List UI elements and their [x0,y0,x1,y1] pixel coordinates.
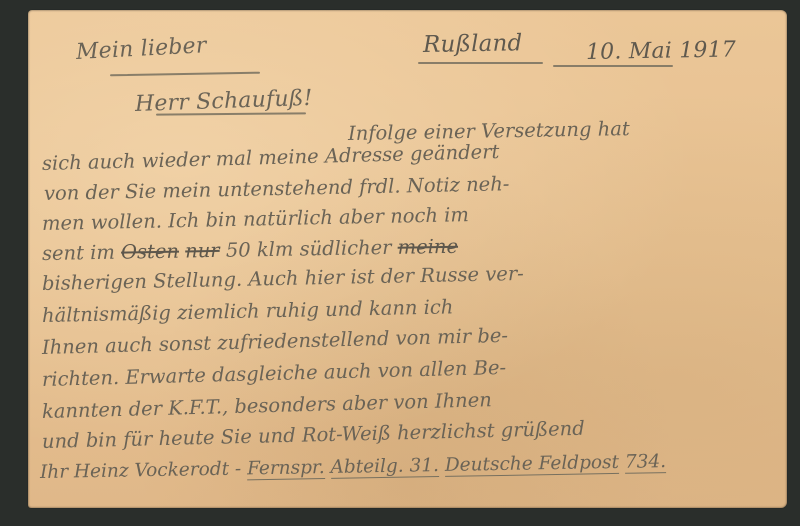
struck-word-meine: meine [397,235,458,259]
body-line-10: kannten der K.F.T., besonders aber von I… [42,388,492,423]
date-underline [553,65,673,67]
signature-unit-2: Abteilg. 31. [330,455,439,479]
body-line-3: von der Sie mein untenstehend frdl. Noti… [44,172,510,205]
body-line-8: Ihnen auch sonst zufriedenstellend von m… [42,324,509,359]
body-line-2-text: sich auch wieder mal meine Adresse geänd… [42,140,500,175]
body-line-9: richten. Erwarte dasgleiche auch von all… [42,356,507,391]
body-line-8-text: Ihnen auch sonst zufriedenstellend von m… [42,324,509,359]
signature-feldpost-number: 734. [625,451,667,474]
body-line-6-text: bisherigen Stellung. Auch hier ist der R… [42,262,524,295]
signature-name: Ihr Heinz Vockerodt [40,459,229,483]
body-line-2: sich auch wieder mal meine Adresse geänd… [42,140,500,175]
body-line-5-prefix: sent im [42,241,115,265]
body-line-5-after: 50 klm südlicher [226,236,392,262]
body-line-6: bisherigen Stellung. Auch hier ist der R… [42,262,524,295]
body-line-3-text: von der Sie mein untenstehend frdl. Noti… [44,172,510,205]
signature-feldpost: Deutsche Feldpost [445,452,620,477]
body-line-4-text: men wollen. Ich bin natürlich aber noch … [42,203,469,235]
letter-place: Rußland [423,30,523,58]
signature-separator: - [235,458,242,479]
body-line-4: men wollen. Ich bin natürlich aber noch … [42,203,469,235]
salutation-underline-1 [110,72,260,76]
body-line-7: hältnismäßig ziemlich ruhig und kann ich [42,295,454,327]
salutation-line-1: Mein lieber [75,33,207,65]
struck-word-nur: nur [185,239,220,263]
postcard: Mein lieber Herr Schaufuß! Rußland 10. M… [28,10,787,508]
body-line-11-text: und bin für heute Sie und Rot-Weiß herzl… [42,417,585,453]
place-underline [418,62,543,64]
letter-date: 10. Mai 1917 [586,37,736,65]
signature-line: Ihr Heinz Vockerodt - Fernspr. Abteilg. … [40,451,666,483]
body-line-5: sent im Osten nur 50 klm südlicher meine [42,235,458,265]
body-line-9-text: richten. Erwarte dasgleiche auch von all… [42,356,507,391]
body-line-7-text: hältnismäßig ziemlich ruhig und kann ich [42,295,454,327]
body-line-10-text: kannten der K.F.T., besonders aber von I… [42,388,492,423]
signature-unit: Fernspr. [247,457,325,480]
salutation-underline-2 [156,112,306,115]
body-line-11: und bin für heute Sie und Rot-Weiß herzl… [42,417,585,453]
struck-word-osten: Osten [121,240,179,264]
